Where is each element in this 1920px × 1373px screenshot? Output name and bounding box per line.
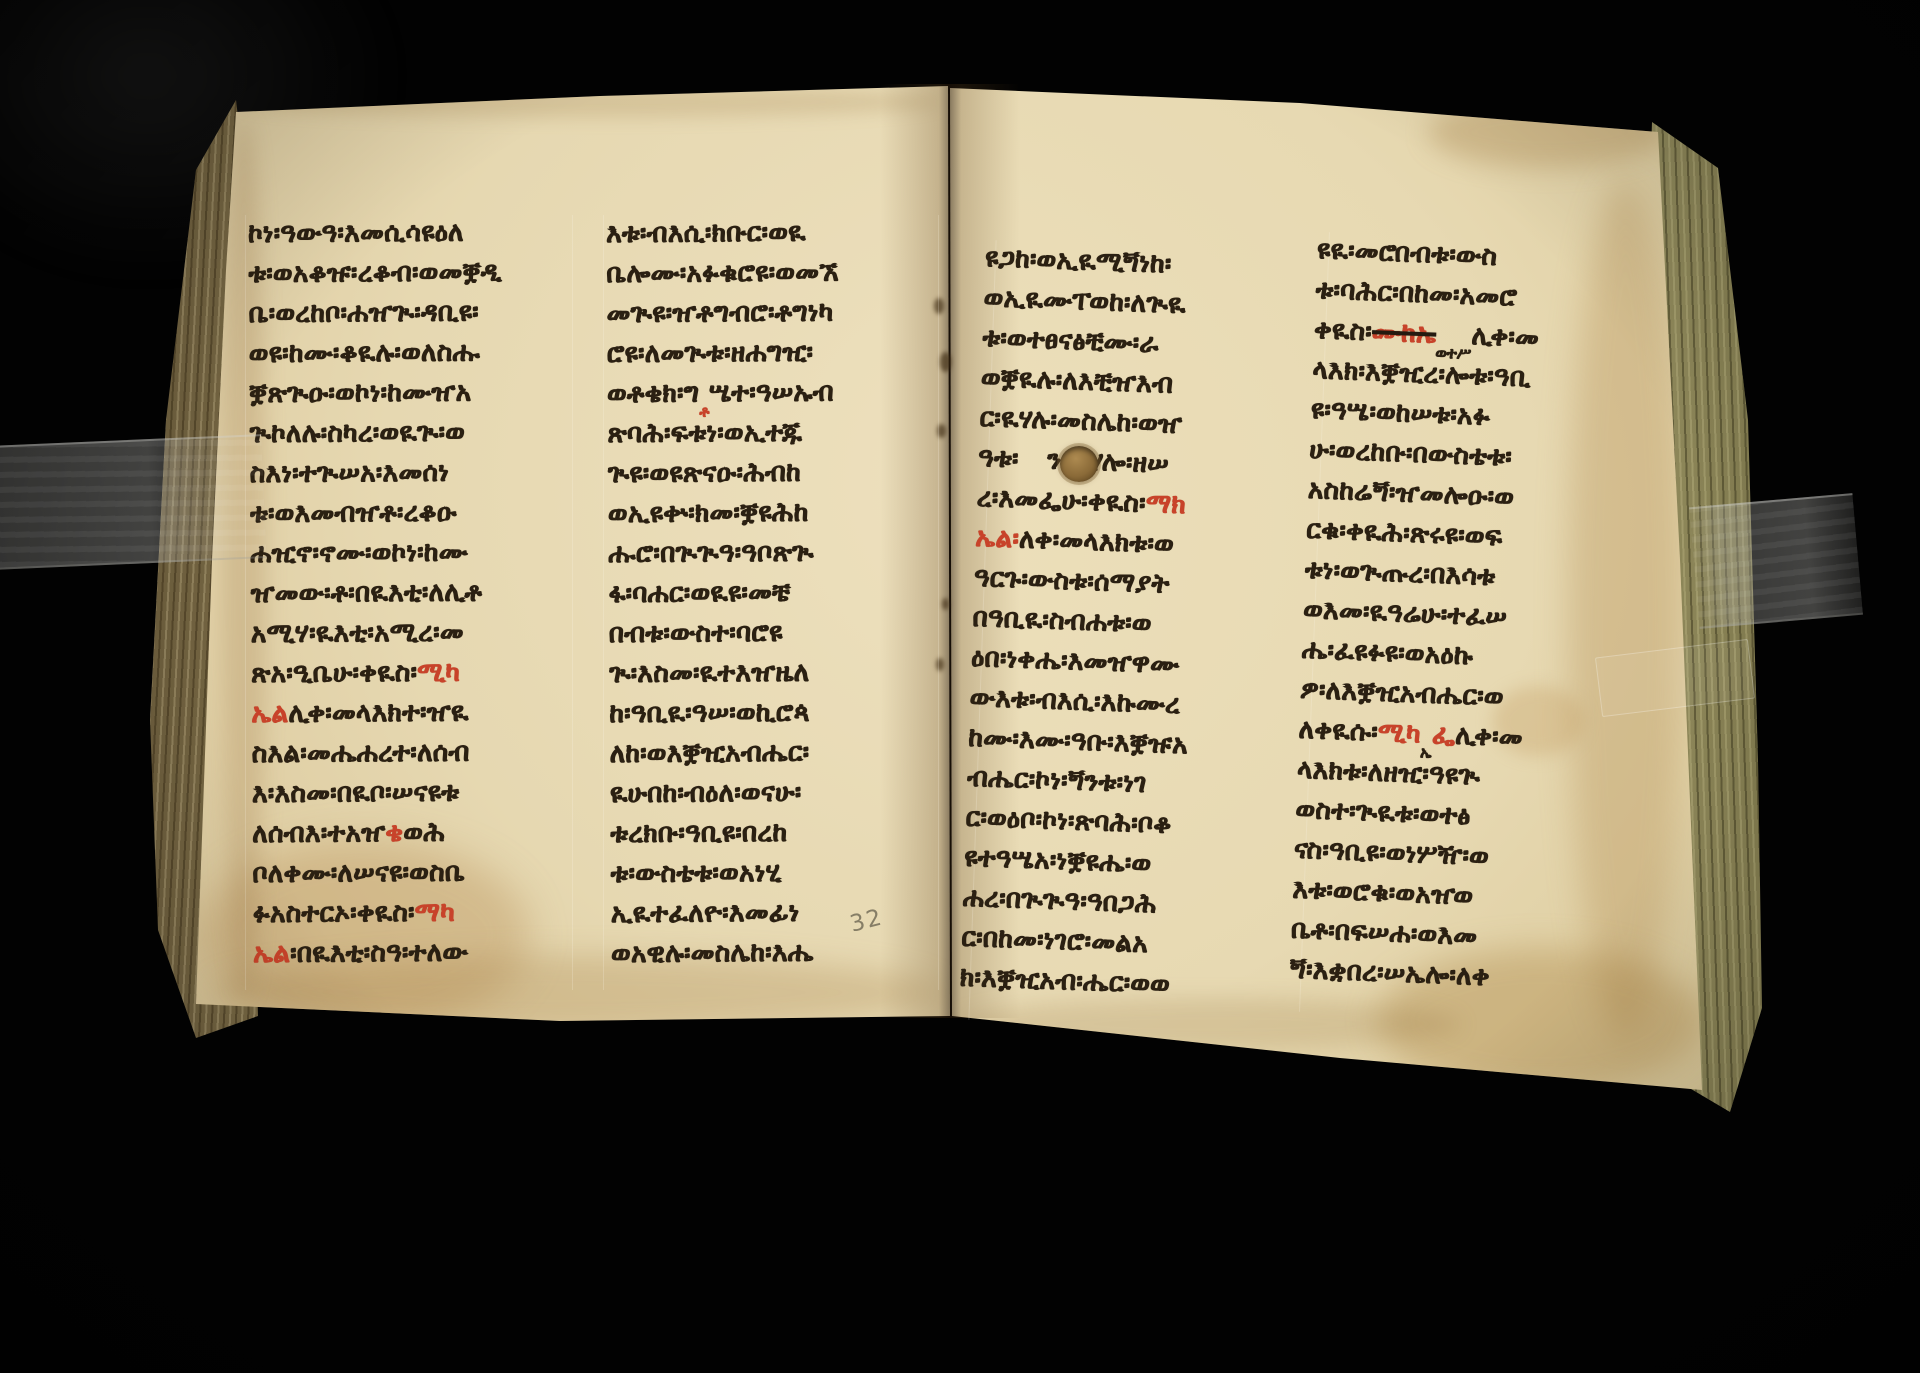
ink-text: ቱ፡ውስቴቱ፡ወአነሂ [611, 858, 782, 889]
ink-text: አስከሬጝ፡ዠመሎዑ፡ወ [1307, 475, 1514, 513]
text-line: ፋ፡ባሐር፡ወዪዩ፡መቼ [609, 572, 939, 614]
rubric-text: ሚካ [1377, 718, 1421, 750]
ink-text: ጽአ፡ዒቤሁ፡ቀዪስ፡ [251, 658, 417, 689]
text-line: ጒዩ፡ወዩጽናዑ፡ሕብከ [608, 452, 938, 494]
text-line: ፉአስተርኦ፡ቀዪስ፡ማካ [253, 892, 575, 934]
text-line: ቛጽጒዑ፡ወኮነ፡ከሙዠአ [249, 372, 571, 414]
ink-text: ሑሮ፡በጒጒዓ፡ዓቦጽጒ [608, 538, 814, 569]
ink-text: ር፡ወዕቦ፡ኮነ፡ጽባሕ፡ቦቆ [965, 803, 1172, 840]
text-line: መጒዩ፡ዠቶግብሮ፡ቶግነካ [607, 292, 937, 334]
ink-text: ስእል፡መሔሐረተ፡ለሰብ [252, 737, 470, 769]
ink-text: ቤ፡ወረከቦ፡ሐዠጒ፡ዳቢዩ፡ [249, 297, 479, 329]
ink-text: ቱረክቡ፡ዓቢዩ፡በረከ [610, 818, 787, 849]
text-line: ቤሎሙ፡አፉቁሮዩ፡ወመኧ [606, 252, 936, 294]
rubric-text: ኤል [251, 699, 288, 729]
ink-text: ረ፡እመፌሁ፡ቀዪስ፡ [976, 483, 1146, 519]
ink-text: በብቱ፡ውስተ፡ባሮዩ [609, 618, 783, 649]
ink-text: ሐዢኖ፡ኖሙ፡ወኮነ፡ከሙ [250, 537, 468, 569]
ink-text: ወዩ፡ከሙ፡ቆዪሉ፡ወለስሑ [249, 337, 480, 369]
ink-text: ዎ፡ለእቛዢአብሔር፡ወ [1300, 675, 1505, 713]
ink-text: ሊቀ፡መ [1455, 721, 1524, 754]
ink-text: ሔ፡ፈዩፉዩ፡ወአዕኩ [1301, 635, 1473, 672]
film-strip-left [0, 434, 267, 570]
ink-text: ርቁ፡ቀዪሕ፡ጽሩዩ፡ወፍ [1306, 515, 1503, 553]
text-column-left-2: እቱ፡ብእሲ፡ክቡር፡ወዪቤሎሙ፡አፉቁሮዩ፡ወመኧመጒዩ፡ዠቶግብሮ፡ቶግነካ… [606, 212, 941, 984]
ink-text: ሊቀ፡መላእክተ፡ዠዪ [288, 697, 468, 728]
ink-text: ላእክ፡እቛዢረ፡ሎቱ፡ዓቢ [1312, 355, 1531, 393]
text-line: ሮዩ፡ለመጒቱ፡ዘሐግዢ፡ [607, 332, 937, 374]
ink-text: ጒዩ፡ወዩጽናዑ፡ሕብከ [608, 458, 801, 489]
ink-text: ቤሎሙ፡አፉቁሮዩ፡ወመኧ [606, 257, 839, 289]
ink-text: ቦለቀሙ፡ለሠናዩ፡ወስቤ [253, 858, 466, 889]
ink-text: ሁ፡ወረከቡ፡በውስቴቱ፡ [1309, 435, 1513, 473]
ink-text: ዕበ፡ነቀሔ፡እመዠዋሙ [971, 643, 1180, 680]
ink-text: ብሔር፡ኮነ፡ጝንቱ፡ነገ [967, 763, 1147, 799]
ink-text: ወእመ፡ዪዓሬሁ፡ተፈሠ [1303, 595, 1508, 633]
ink-text: ቱነ፡ወጒጡረ፡በእሳቱ [1304, 555, 1496, 592]
text-line: ከ፡ዓቢዪ፡ዓሠ፡ወኪሮጳ [609, 692, 939, 734]
ruling-line [603, 215, 604, 990]
fold-blemish [942, 598, 949, 610]
ink-text: ከ፡ዓቢዪ፡ዓሠ፡ወኪሮጳ [609, 698, 810, 729]
rubric-text: ሚካ [417, 658, 460, 688]
ink-text: እቱ፡ወሮቁ፡ወአዠወ [1292, 875, 1474, 912]
wormhole-in-page [1060, 446, 1098, 482]
ink-text: ቱ፡ወእመብዠቶ፡ረቆዑ [250, 498, 457, 529]
text-line: ኢዪተፈለዮ፡እመፊነ [611, 892, 941, 934]
text-line: ጽባሕ፡ፍቱነ፡ወኢተጁ [607, 412, 937, 454]
text-column-left-1: ኮነ፡ዓውዓ፡እመሲሳዩዕለቱ፡ወአቆዡ፡ረቆብ፡ወመቛዲቤ፡ወረከቦ፡ሐዠጒ፡… [248, 212, 575, 984]
rubric-text: ማካ [415, 898, 455, 928]
ink-text: ለቀዪሱ፡ [1298, 715, 1378, 748]
rubric-text: ቄ [385, 818, 403, 848]
text-line: ኤልሊቀ፡መላእክተ፡ዠዪ [251, 692, 573, 734]
text-line: ቱረክቡ፡ዓቢዩ፡በረከ [610, 812, 940, 854]
ink-text: ለከ፡ወእቛዢአብሔር፡ [610, 738, 810, 769]
text-line: ሑሮ፡በጒጒዓ፡ዓቦጽጒ [608, 532, 938, 574]
ruling-line [245, 215, 246, 990]
ink-text: ዩጋከ፡ወኢዪሚጝነከ፡ [985, 243, 1172, 279]
text-line: ቱ፡ውስቴቱ፡ወአነሂ [610, 852, 940, 894]
ink-text: ሤተ፡ዓሠኡብ [709, 377, 834, 408]
rubric-text: ማክ [1145, 489, 1186, 520]
text-line: ለሰብእ፡ተአዠቄወሕ [252, 812, 574, 854]
text-line: እቱ፡ብእሲ፡ክቡር፡ወዪ [606, 212, 936, 254]
text-line: ጒ፡እስመ፡ዪተእዠዜለ [609, 652, 939, 694]
text-column-right-2: ዩዪ፡መሮበብቱ፡ውስቱ፡ባሕር፡በከመ፡አመሮቀዪስ፡ሙከኤወተሥሊቀ፡መላእ… [1288, 230, 1658, 1024]
text-line: ሐዢኖ፡ኖሙ፡ወኮነ፡ከሙ [250, 532, 572, 574]
ink-text: ቤቶ፡በፍሠሐ፡ወእመ [1291, 914, 1478, 951]
ink-text: ለሰብእ፡ተአዠ [252, 818, 385, 849]
ink-text: ዩዪ፡መሮበብቱ፡ውስ [1317, 235, 1498, 272]
text-line: ጽአ፡ዒቤሁ፡ቀዪስ፡ሚካ [251, 652, 573, 694]
ink-text: ሮዩ፡ለመጒቱ፡ዘሐግዢ፡ [607, 338, 814, 369]
rubric-text: ፌ [1432, 720, 1456, 751]
ink-text: ቀዪስ፡ [1314, 315, 1373, 347]
ink-text: ጽባሕ፡ፍቱነ፡ወኢተጁ [607, 418, 802, 449]
ink-text: ዪሁበከ፡ብዕለ፡ወናሁ፡ [610, 778, 802, 809]
text-line: በብቱ፡ውስተ፡ባሮዩ [609, 612, 939, 654]
text-line: ወአዊሉ፡መስሌከ፡እሔ [611, 932, 941, 974]
ink-text: ጝ፡እቋበረ፡ሠኤሎ፡ለቀ [1289, 954, 1490, 992]
ink-text: ጒኮለሉ፡ስካረ፡ወዪጒ፡ወ [249, 417, 465, 449]
ink-text: ወኢዩቍ፡ክመ፡ቛዩሕከ [608, 498, 809, 529]
ink-text: አሚሃ፡ዪእቲ፡አሚረ፡መ [251, 618, 464, 649]
ink-text: ኮነ፡ዓውዓ፡እመሲሳዩዕለ [248, 217, 464, 249]
text-line: ዪሁበከ፡ብዕለ፡ወናሁ፡ [610, 772, 940, 814]
text-line: ወዩ፡ከሙ፡ቆዪሉ፡ወለስሑ [249, 332, 571, 374]
ink-text: ክ፡እቛዢአብ፡ሔር፡ወወ [960, 963, 1171, 1000]
ink-text: ወአዊሉ፡መስሌከ፡እሔ [611, 938, 814, 969]
ink-text: ጒ፡እስመ፡ዪተእዠዜለ [609, 658, 809, 689]
text-line: እ፡እስመ፡በዪቦ፡ሠናዩቱ [252, 772, 574, 814]
ink-text: ፋ፡ባሐር፡ወዪዩ፡መቼ [609, 578, 791, 609]
rubric-text: ኤል [253, 939, 290, 969]
ink-text: ር፡ዪሃሉ፡መስሌከ፡ወዠ [979, 403, 1183, 440]
ink-text: እቱ፡ብእሲ፡ክቡር፡ወዪ [606, 218, 806, 249]
ink-text: ኢዪተፈለዮ፡እመፊነ [611, 898, 800, 929]
text-line: ቦለቀሙ፡ለሠናዩ፡ወስቤ [252, 852, 574, 894]
text-line: ለከ፡ወእቛዢአብሔር፡ [610, 732, 940, 774]
ink-text: ዠመው፡ቶ፡በዪእቲ፡ለሊቶ [251, 577, 483, 609]
ink-text: ስእነ፡ተጒሠአ፡እመሰነ [250, 458, 450, 489]
ink-text: ፉአስተርኦ፡ቀዪስ፡ [253, 898, 415, 929]
text-line: ቤ፡ወረከቦ፡ሐዠጒ፡ዳቢዩ፡ [249, 292, 571, 334]
ink-text: ቱ፡ወተፀናፅቺሙ፡ራ [982, 323, 1159, 359]
manuscript-photograph: ኮነ፡ዓውዓ፡እመሲሳዩዕለቱ፡ወአቆዡ፡ረቆብ፡ወመቛዲቤ፡ወረከቦ፡ሐዠጒ፡… [0, 0, 1920, 1373]
text-line: ኮነ፡ዓውዓ፡እመሲሳዩዕለ [248, 212, 570, 254]
ink-text: ዩ፡ዓሤ፡ወከሠቱ፡አፉ [1311, 395, 1491, 432]
ink-text: ዩተዓሤአ፡ነቛዩሔ፡ወ [964, 843, 1152, 880]
text-line: ስእል፡መሔሐረተ፡ለሰብ [252, 732, 574, 774]
ink-text: መጒዩ፡ዠቶግብሮ፡ቶግነካ [607, 297, 834, 329]
ink-text: ወቛዪሉ፡ለእቺዠእብ [981, 363, 1174, 400]
ink-text: ወስተ፡ጒዪቱ፡ወተፅ [1295, 795, 1471, 832]
ink-text: ለቀ፡መላእክቱ፡ወ [1019, 524, 1175, 559]
text-line: ኤል፡በዪእቲ፡ስዓ፡ተለው [253, 932, 575, 974]
rubric-text: ኤል፡ [975, 523, 1020, 555]
text-line: ጒኮለሉ፡ስካረ፡ወዪጒ፡ወ [249, 412, 571, 454]
text-line: ስእነ፡ተጒሠአ፡እመሰነ [250, 452, 572, 494]
ink-text: ላእክቱ፡ለዘዢ፡ዓዩጒ [1297, 755, 1481, 792]
ink-text: ቱ፡ባሕር፡በከመ፡አመሮ [1315, 275, 1518, 313]
film-strip-right [1689, 493, 1863, 629]
text-line: ወኢዩቍ፡ክመ፡ቛዩሕከ [608, 492, 938, 534]
ink-text: ሐረ፡በጒጒዓ፡ዓበጋሕ [962, 883, 1157, 920]
text-line: ቱ፡ወእመብዠቶ፡ረቆዑ [250, 492, 572, 534]
ink-text: ውእቱ፡ብእሲ፡እኩሙረ [969, 683, 1180, 720]
text-column-right-1: ዩጋከ፡ወኢዪሚጝነከ፡ወኢዪሙፐወከ፡ለጒዪቱ፡ወተፀናፅቺሙ፡ራወቛዪሉ፡ለ… [959, 238, 1292, 1023]
rubric-text: ሙከኤ [1371, 317, 1436, 349]
parchment-stain [1428, 96, 1668, 168]
ink-text: ወሕ [403, 818, 445, 848]
ink-text: ዓርጉ፡ውስቱ፡ሰማያት [974, 563, 1171, 600]
ink-text: እ፡እስመ፡በዪቦ፡ሠናዩቱ [252, 778, 460, 809]
text-line: ወቶቄክ፡ግቶሤተ፡ዓሠኡብ [607, 372, 937, 414]
ink-text: ወቶቄክ፡ግ [607, 378, 699, 409]
ink-text: ከሙ፡እሙ፡ዓቡ፡እቛዡአ [968, 723, 1189, 761]
ink-text: ር፡በከመ፡ነገሮ፡መልአ [961, 923, 1149, 959]
ink-text: ቛጽጒዑ፡ወኮነ፡ከሙዠአ [249, 377, 471, 409]
ink-text: ወኢዪሙፐወከ፡ለጒዪ [983, 283, 1186, 320]
text-line: ቱ፡ወአቆዡ፡ረቆብ፡ወመቛዲ [248, 252, 570, 294]
ink-text: ቱ፡ወአቆዡ፡ረቆብ፡ወመቛዲ [248, 257, 502, 289]
ink-text: ሊቀ፡መ [1471, 321, 1540, 354]
ink-text: ፡በዪእቲ፡ስዓ፡ተለው [290, 937, 468, 968]
ink-text: ናስ፡ዓቢዩ፡ወነሦዥ፡ወ [1294, 835, 1490, 872]
text-line: አሚሃ፡ዪእቲ፡አሚረ፡መ [251, 612, 573, 654]
text-line: ዠመው፡ቶ፡በዪእቲ፡ለሊቶ [251, 572, 573, 614]
ink-text: በዓቢዪ፡ስብሐቱ፡ወ [972, 603, 1152, 639]
fold-blemish [940, 352, 951, 372]
